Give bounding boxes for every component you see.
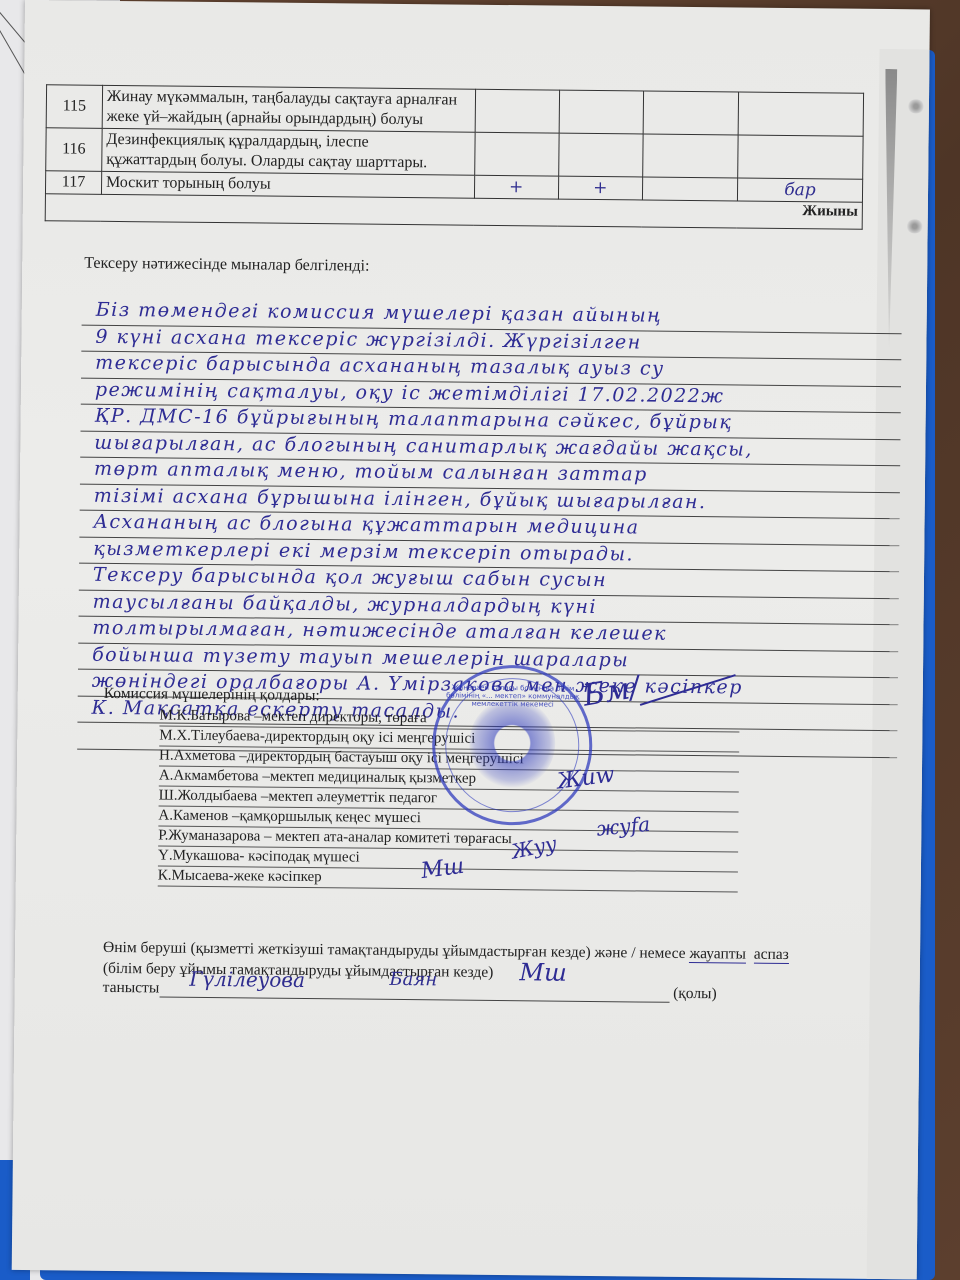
ack-handwritten-name: Гүлілеуова — [189, 967, 305, 992]
row-description: Жинау мүкәммалын, таңбалауды сақтауға ар… — [102, 85, 475, 132]
table-cell — [642, 177, 737, 201]
document-page: 115 Жинау мүкәммалын, таңбалауды сақтауғ… — [12, 0, 930, 1279]
table-cell — [738, 92, 864, 136]
findings-label: Тексеру нәтижесінде мыналар белгіленді: — [84, 255, 369, 276]
row-number: 116 — [46, 128, 102, 172]
row-number: 115 — [46, 85, 102, 129]
underlined-word: аспаз — [754, 946, 789, 964]
table-cell — [558, 133, 643, 177]
signature-label: (қолы) — [673, 985, 717, 1002]
row-description: Дезинфекциялық құралдардың, ілеспеқұжатт… — [102, 128, 475, 175]
table-cell — [474, 132, 559, 176]
commission-title: Комиссия мүшелерінің қолдары: — [104, 685, 320, 705]
staple-mark — [907, 99, 925, 113]
row-number: 117 — [45, 171, 101, 195]
table-cell — [643, 91, 738, 135]
staple-mark — [906, 219, 924, 233]
table-cell — [643, 134, 738, 178]
checklist-table: 115 Жинау мүкәммалын, таңбалауды сақтауғ… — [45, 84, 864, 230]
table-cell-available: бар — [737, 178, 862, 202]
table-cell — [475, 89, 560, 133]
underlined-word: жауапты — [689, 945, 746, 964]
state-emblem-icon — [469, 698, 556, 789]
table-cell-plus: + — [474, 175, 558, 199]
ack-signature: Мш — [519, 958, 567, 986]
table-cell — [559, 90, 644, 134]
table-cell — [738, 135, 864, 179]
ack-blank: Гүлілеуова Баян Мш — [159, 980, 669, 1002]
ack-label: танысты — [103, 979, 160, 997]
table-cell-plus: + — [558, 176, 642, 200]
ack-handwritten-name: Баян — [389, 969, 437, 990]
signature: жуfa — [595, 812, 651, 841]
official-stamp: Жаңаөзен қаласы бойынша білім бөлімінің … — [431, 664, 593, 826]
